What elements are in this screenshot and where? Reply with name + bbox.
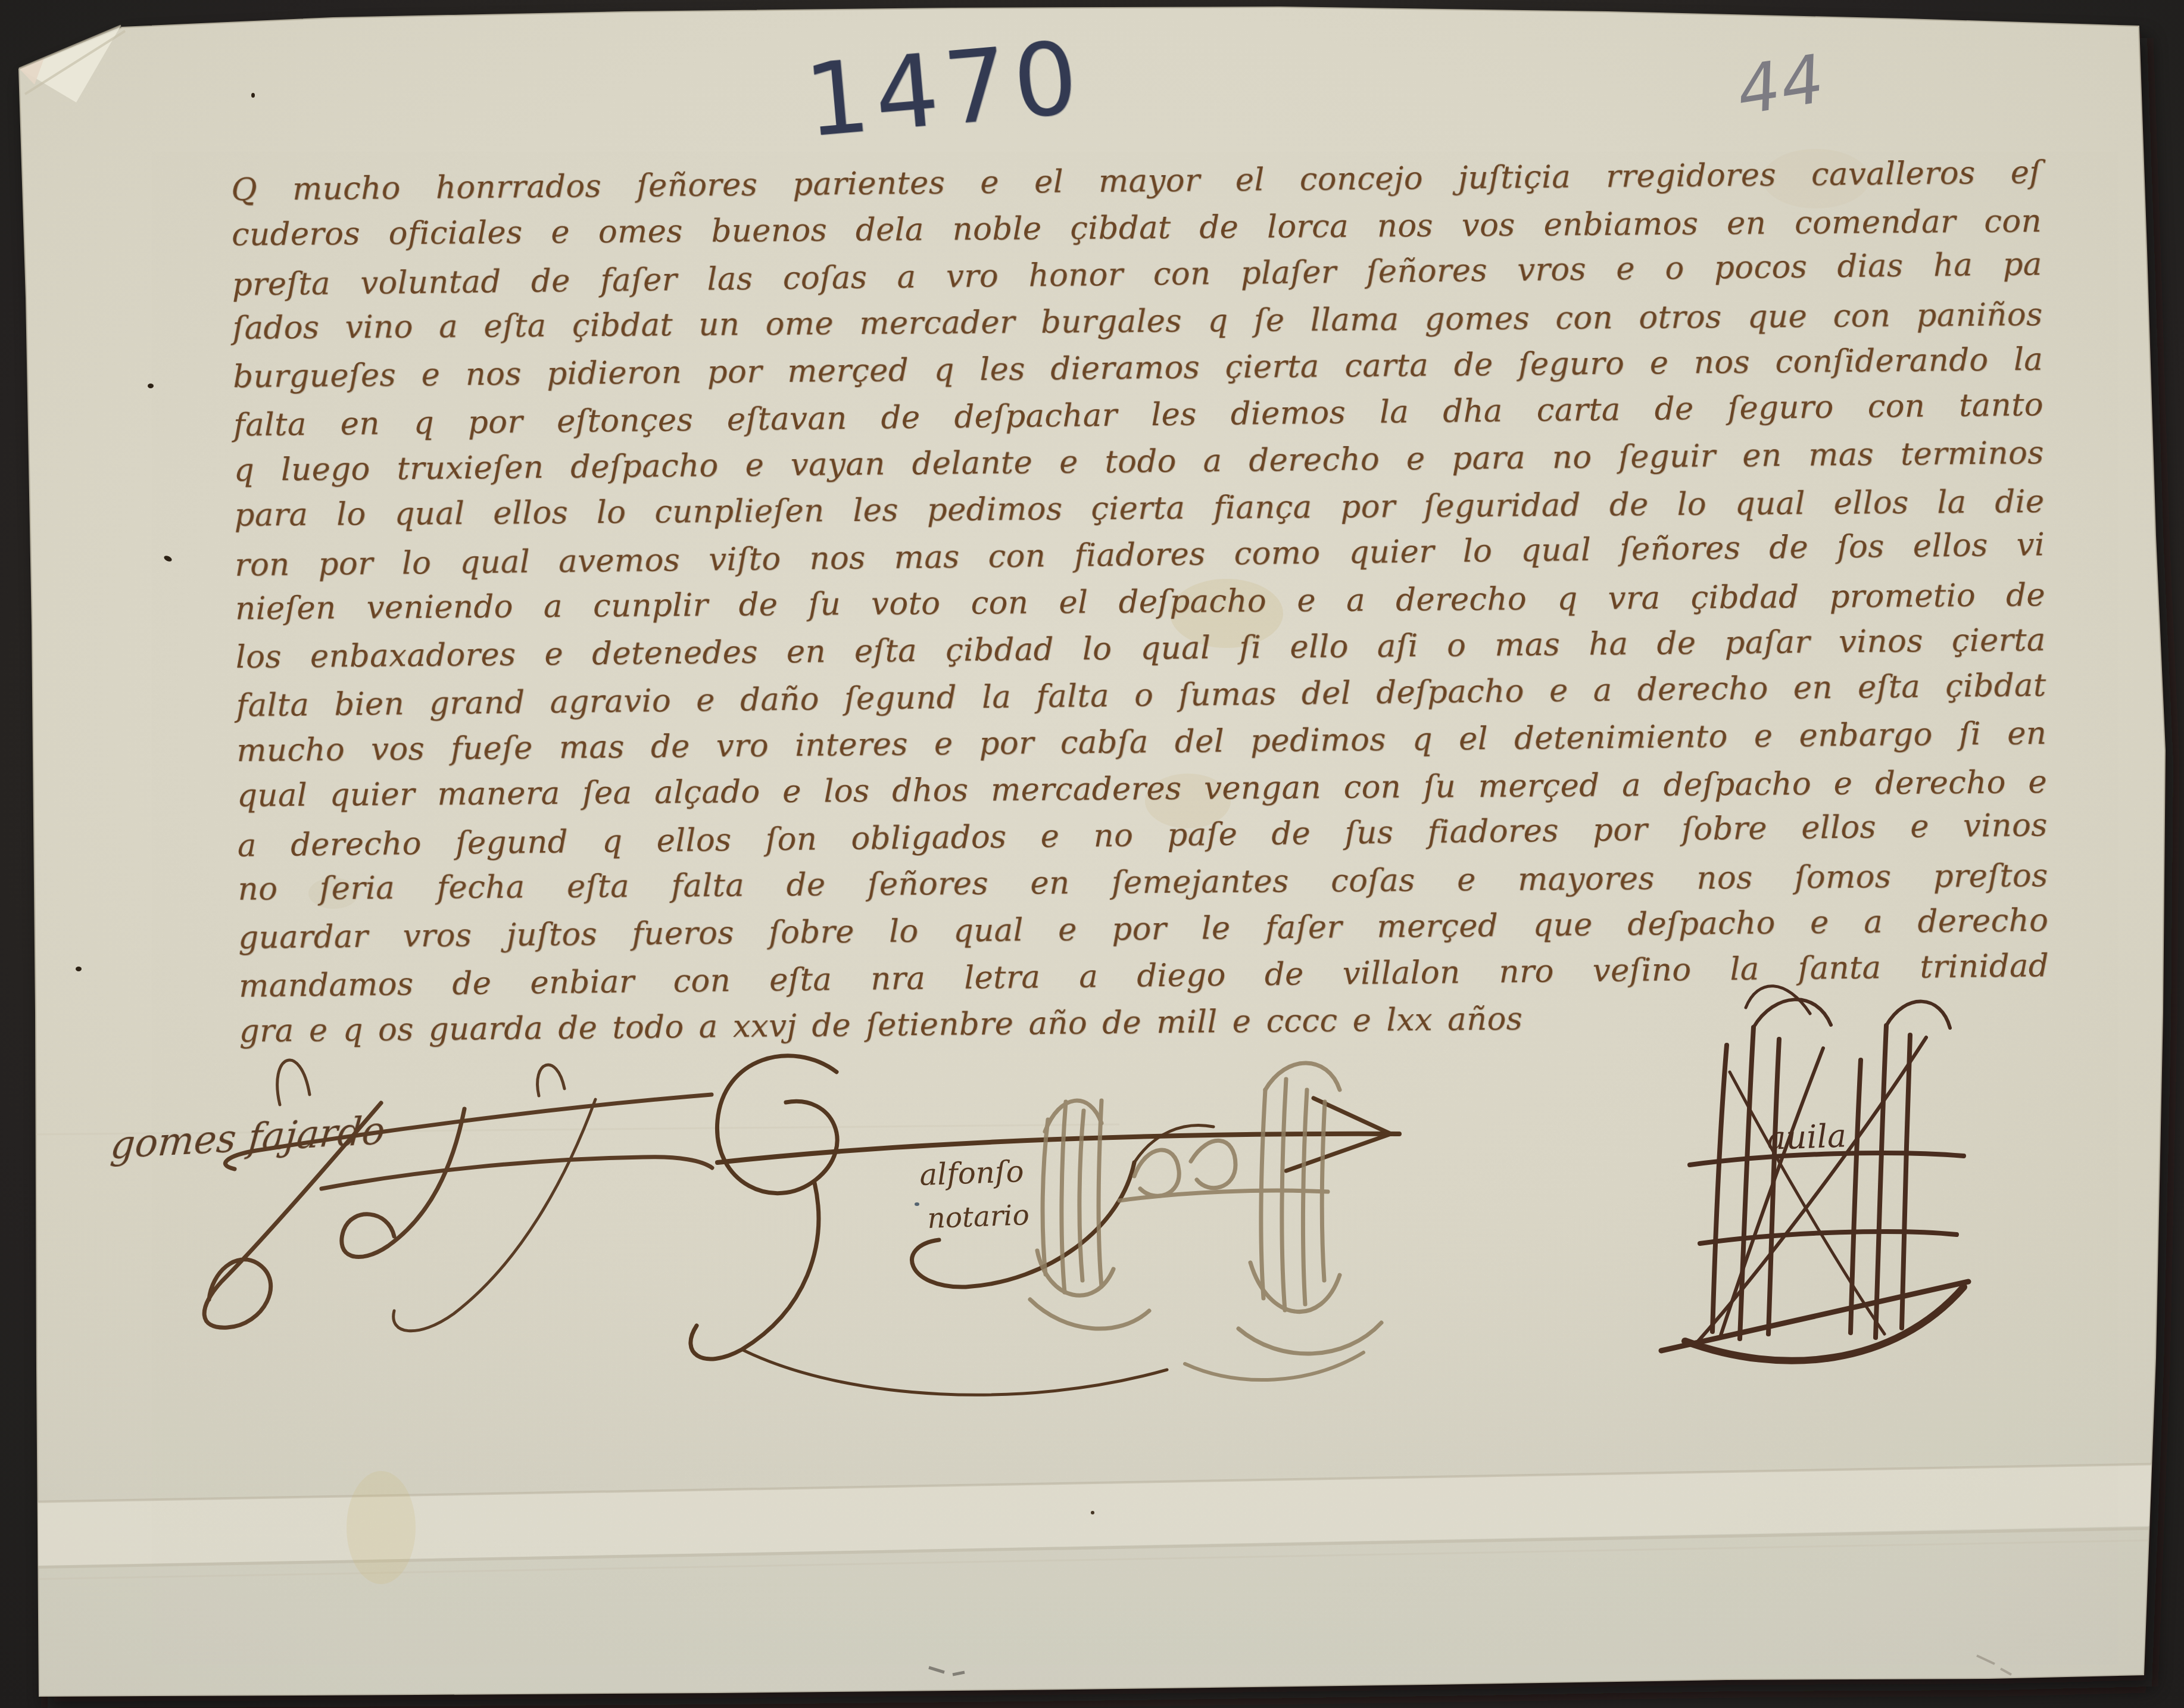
- manuscript-text-block: Q mucho honrrados ſeñores parientes e el…: [231, 154, 2049, 1060]
- year-annotation: 1470: [800, 19, 1088, 160]
- signature-center-line1: alfonſo: [919, 1154, 1024, 1192]
- document-photo: gomes fajardo alfonſo notario: [0, 0, 2184, 1708]
- folio-number: 44: [1732, 40, 1830, 130]
- signature-center-line2: notario: [926, 1199, 1029, 1235]
- signature-right-text: auila: [1766, 1117, 1847, 1157]
